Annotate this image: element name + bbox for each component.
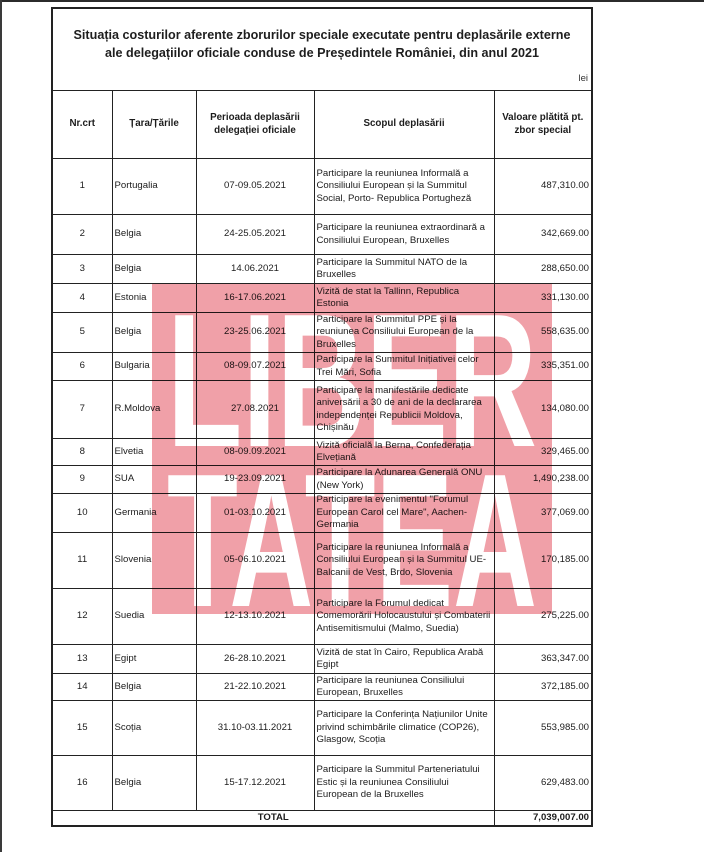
row-value: 275,225.00 bbox=[494, 589, 591, 645]
total-value: 7,039,007.00 bbox=[494, 811, 591, 827]
row-country: R.Moldova bbox=[112, 381, 196, 439]
row-scope: Participare la Conferința Națiunilor Uni… bbox=[314, 701, 494, 756]
row-value: 288,650.00 bbox=[494, 255, 591, 284]
row-value: 342,669.00 bbox=[494, 215, 591, 255]
row-period: 26-28.10.2021 bbox=[196, 645, 314, 674]
row-number: 14 bbox=[53, 674, 112, 701]
row-value: 487,310.00 bbox=[494, 159, 591, 215]
row-value: 553,985.00 bbox=[494, 701, 591, 756]
row-period: 31.10-03.11.2021 bbox=[196, 701, 314, 756]
table-row: 6Bulgaria08-09.07.2021Participare la Sum… bbox=[53, 353, 591, 381]
header-value-line-1: Valoare plătită pt. bbox=[497, 112, 590, 125]
row-number: 10 bbox=[53, 494, 112, 533]
table-body: 1Portugalia07-09.05.2021Participare la r… bbox=[53, 159, 591, 811]
row-country: Belgia bbox=[112, 756, 196, 811]
row-country: Elvetia bbox=[112, 439, 196, 466]
row-value: 331,130.00 bbox=[494, 284, 591, 313]
table-row: 15Scoția31.10-03.11.2021Participare la C… bbox=[53, 701, 591, 756]
row-period: 12-13.10.2021 bbox=[196, 589, 314, 645]
row-country: Belgia bbox=[112, 313, 196, 353]
row-scope: Participare la Summitul NATO de la Bruxe… bbox=[314, 255, 494, 284]
row-scope: Participare la reuniunea extraordinară a… bbox=[314, 215, 494, 255]
row-number: 4 bbox=[53, 284, 112, 313]
row-period: 21-22.10.2021 bbox=[196, 674, 314, 701]
table-row: 5Belgia23-25.06.2021Participare la Summi… bbox=[53, 313, 591, 353]
table-row: 13Egipt26-28.10.2021Vizită de stat în Ca… bbox=[53, 645, 591, 674]
table-row: 2Belgia24-25.05.2021Participare la reuni… bbox=[53, 215, 591, 255]
row-period: 07-09.05.2021 bbox=[196, 159, 314, 215]
row-period: 08-09.09.2021 bbox=[196, 439, 314, 466]
row-scope: Participare la reuniunea Consiliului Eur… bbox=[314, 674, 494, 701]
row-period: 14.06.2021 bbox=[196, 255, 314, 284]
header-period-line-1: Perioada deplasării bbox=[199, 112, 312, 125]
row-country: Scoția bbox=[112, 701, 196, 756]
row-number: 1 bbox=[53, 159, 112, 215]
row-value: 1,490,238.00 bbox=[494, 466, 591, 494]
table-row: 11Slovenia05-06.10.2021Participare la re… bbox=[53, 533, 591, 589]
row-period: 16-17.06.2021 bbox=[196, 284, 314, 313]
row-scope: Participare la reuniunea Informală a Con… bbox=[314, 533, 494, 589]
header-period: Perioada deplasării delegației oficiale bbox=[196, 91, 314, 159]
table-row: 14Belgia21-22.10.2021Participare la reun… bbox=[53, 674, 591, 701]
row-country: Estonia bbox=[112, 284, 196, 313]
row-number: 13 bbox=[53, 645, 112, 674]
row-value: 372,185.00 bbox=[494, 674, 591, 701]
row-scope: Participare la Summitul Inițiativei celo… bbox=[314, 353, 494, 381]
row-period: 19-23.09.2021 bbox=[196, 466, 314, 494]
row-scope: Participare la Summitul Parteneriatului … bbox=[314, 756, 494, 811]
table-row: 9SUA19-23.09.2021Participare la Adunarea… bbox=[53, 466, 591, 494]
row-value: 377,069.00 bbox=[494, 494, 591, 533]
row-country: Suedia bbox=[112, 589, 196, 645]
row-country: Portugalia bbox=[112, 159, 196, 215]
header-period-line-2: delegației oficiale bbox=[199, 125, 312, 138]
row-period: 15-17.12.2021 bbox=[196, 756, 314, 811]
row-country: SUA bbox=[112, 466, 196, 494]
row-number: 16 bbox=[53, 756, 112, 811]
row-value: 363,347.00 bbox=[494, 645, 591, 674]
row-number: 12 bbox=[53, 589, 112, 645]
table-row: 3Belgia14.06.2021Participare la Summitul… bbox=[53, 255, 591, 284]
row-scope: Vizită de stat la Tallinn, Republica Est… bbox=[314, 284, 494, 313]
currency-unit: lei bbox=[578, 73, 588, 84]
row-value: 558,635.00 bbox=[494, 313, 591, 353]
table-row: 10Germania01-03.10.2021Participare la ev… bbox=[53, 494, 591, 533]
window-top-border bbox=[0, 0, 704, 2]
table-row: 16Belgia15-17.12.2021Participare la Summ… bbox=[53, 756, 591, 811]
document-page: Situația costurilor aferente zborurilor … bbox=[51, 7, 593, 827]
table-row: 12Suedia12-13.10.2021Participare la Foru… bbox=[53, 589, 591, 645]
row-number: 9 bbox=[53, 466, 112, 494]
header-nr: Nr.crt bbox=[53, 91, 112, 159]
title-block: Situația costurilor aferente zborurilor … bbox=[53, 9, 591, 91]
row-country: Egipt bbox=[112, 645, 196, 674]
title-line-1: Situația costurilor aferente zborurilor … bbox=[53, 26, 591, 44]
row-number: 6 bbox=[53, 353, 112, 381]
table-row: 7R.Moldova27.08.2021Participare la manif… bbox=[53, 381, 591, 439]
row-country: Germania bbox=[112, 494, 196, 533]
row-period: 24-25.05.2021 bbox=[196, 215, 314, 255]
header-value: Valoare plătită pt. zbor special bbox=[494, 91, 591, 159]
total-label: TOTAL bbox=[53, 811, 494, 827]
row-number: 11 bbox=[53, 533, 112, 589]
row-period: 23-25.06.2021 bbox=[196, 313, 314, 353]
row-value: 329,465.00 bbox=[494, 439, 591, 466]
row-country: Belgia bbox=[112, 674, 196, 701]
row-country: Belgia bbox=[112, 215, 196, 255]
row-country: Belgia bbox=[112, 255, 196, 284]
title-line-2: ale delegațiilor oficiale conduse de Pre… bbox=[53, 44, 591, 62]
row-period: 27.08.2021 bbox=[196, 381, 314, 439]
row-number: 8 bbox=[53, 439, 112, 466]
costs-table: Nr.crt Țara/Țările Perioada deplasării d… bbox=[53, 91, 591, 826]
row-number: 2 bbox=[53, 215, 112, 255]
row-country: Slovenia bbox=[112, 533, 196, 589]
table-row: 4Estonia16-17.06.2021Vizită de stat la T… bbox=[53, 284, 591, 313]
row-period: 05-06.10.2021 bbox=[196, 533, 314, 589]
row-scope: Vizită oficială la Berna, Confederația E… bbox=[314, 439, 494, 466]
row-number: 3 bbox=[53, 255, 112, 284]
row-number: 15 bbox=[53, 701, 112, 756]
row-scope: Participare la reuniunea Informală a Con… bbox=[314, 159, 494, 215]
table-row: 1Portugalia07-09.05.2021Participare la r… bbox=[53, 159, 591, 215]
header-value-line-2: zbor special bbox=[497, 125, 590, 138]
row-scope: Vizită de stat în Cairo, Republica Arabă… bbox=[314, 645, 494, 674]
row-country: Bulgaria bbox=[112, 353, 196, 381]
document-title: Situația costurilor aferente zborurilor … bbox=[53, 26, 591, 62]
row-scope: Participare la evenimentul "Forumul Euro… bbox=[314, 494, 494, 533]
total-row: TOTAL 7,039,007.00 bbox=[53, 811, 591, 827]
row-period: 01-03.10.2021 bbox=[196, 494, 314, 533]
table-header-row: Nr.crt Țara/Țările Perioada deplasării d… bbox=[53, 91, 591, 159]
table-row: 8Elvetia08-09.09.2021Vizită oficială la … bbox=[53, 439, 591, 466]
row-value: 335,351.00 bbox=[494, 353, 591, 381]
row-number: 5 bbox=[53, 313, 112, 353]
header-country: Țara/Țările bbox=[112, 91, 196, 159]
row-scope: Participare la Adunarea Generală ONU (Ne… bbox=[314, 466, 494, 494]
row-value: 170,185.00 bbox=[494, 533, 591, 589]
row-period: 08-09.07.2021 bbox=[196, 353, 314, 381]
row-scope: Participare la Forumul dedicat Comemorăr… bbox=[314, 589, 494, 645]
row-scope: Participare la Summitul PPE și la reuniu… bbox=[314, 313, 494, 353]
row-number: 7 bbox=[53, 381, 112, 439]
row-scope: Participare la manifestările dedicate an… bbox=[314, 381, 494, 439]
row-value: 629,483.00 bbox=[494, 756, 591, 811]
header-scope: Scopul deplasării bbox=[314, 91, 494, 159]
window-left-border bbox=[0, 0, 2, 852]
row-value: 134,080.00 bbox=[494, 381, 591, 439]
